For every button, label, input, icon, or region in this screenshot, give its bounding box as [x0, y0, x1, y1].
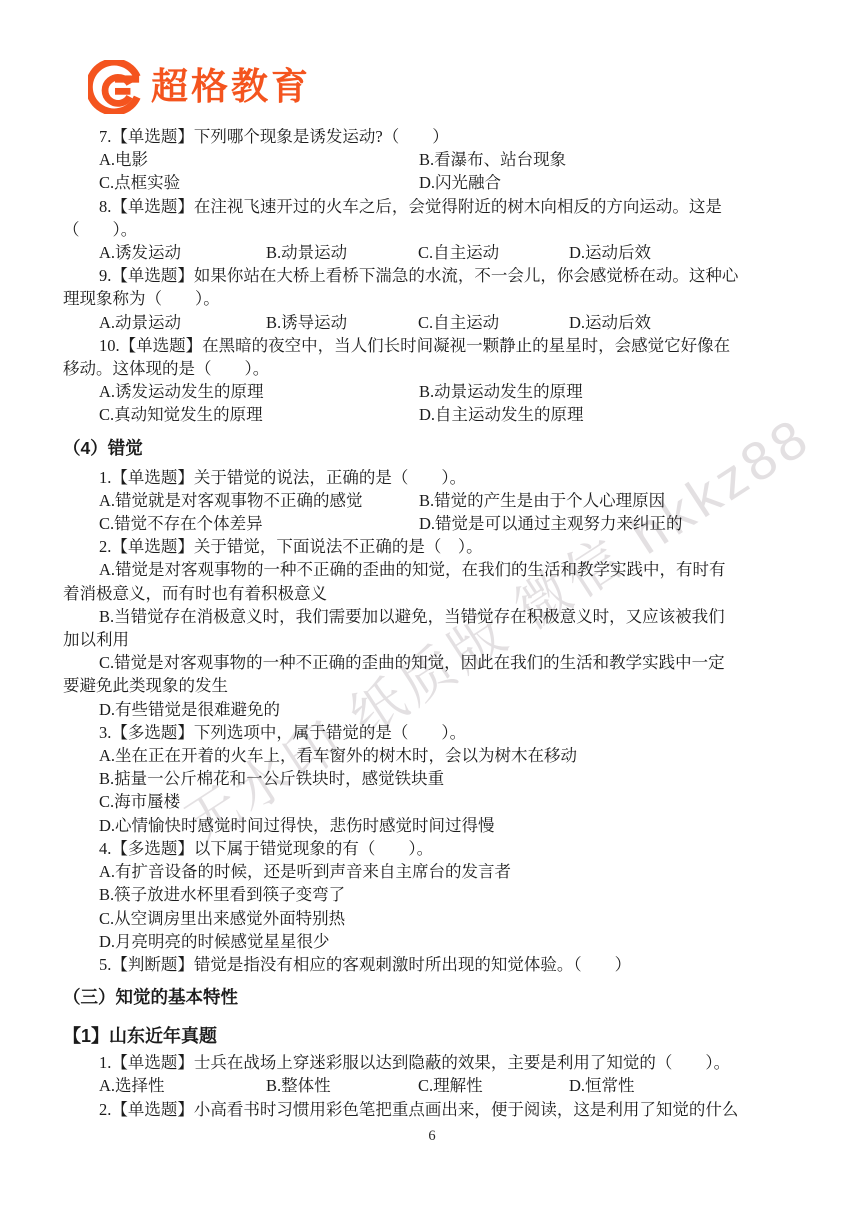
option-line: B.掂量一公斤棉花和一公斤铁块时，感觉铁块重 [63, 767, 803, 790]
option-c: C.理解性 [418, 1074, 569, 1097]
text-line: 加以利用 [63, 628, 803, 651]
option-d: D.运动后效 [569, 311, 651, 334]
option-a: C.错觉不存在个体差异 [99, 512, 419, 535]
options-row: A.诱发运动发生的原理B.动景运动发生的原理 [63, 380, 803, 403]
option-a: A.诱发运动发生的原理 [99, 380, 419, 403]
page-number: 6 [0, 1128, 864, 1145]
text-line: 理现象称为（ ）。 [63, 287, 803, 310]
option-line: D.心情愉快时感觉时间过得快，悲伤时感觉时间过得慢 [63, 814, 803, 837]
text-line: （ ）。 [63, 218, 803, 241]
option-a: A.动景运动 [99, 311, 266, 334]
options-row: A.选择性B.整体性C.理解性D.恒常性 [63, 1074, 803, 1097]
text-line: 着消极意义，而有时也有着积极意义 [63, 582, 803, 605]
option-a: A.电影 [99, 148, 419, 171]
option-line: B.当错觉存在消极意义时，我们需要加以避免，当错觉存在积极意义时，又应该被我们 [63, 605, 803, 628]
options-row: C.错觉不存在个体差异D.错觉是可以通过主观努力来纠正的 [63, 512, 803, 535]
option-line: A.有扩音设备的时候，还是听到声音来自主席台的发言者 [63, 860, 803, 883]
text-line: 要避免此类现象的发生 [63, 674, 803, 697]
option-b: D.闪光融合 [419, 171, 501, 194]
option-b: D.错觉是可以通过主观努力来纠正的 [419, 512, 683, 535]
option-line: C.从空调房里出来感觉外面特别热 [63, 907, 803, 930]
option-c: C.自主运动 [418, 311, 569, 334]
option-d: D.运动后效 [569, 241, 651, 264]
question-line: 10.【单选题】在黑暗的夜空中，当人们长时间凝视一颗静止的星星时，会感觉它好像在 [63, 334, 803, 357]
option-a: A.选择性 [99, 1074, 266, 1097]
option-b: B.诱导运动 [266, 311, 418, 334]
brand-name: 超格教育 [151, 60, 311, 114]
question-line: 3.【多选题】下列选项中，属于错觉的是（ ）。 [63, 721, 803, 744]
option-line: C.错觉是对客观事物的一种不正确的歪曲的知觉，因此在我们的生活和教学实践中一定 [63, 651, 803, 674]
options-row: A.动景运动B.诱导运动C.自主运动D.运动后效 [63, 311, 803, 334]
options-row: C.点框实验D.闪光融合 [63, 171, 803, 194]
question-line: 1.【单选题】关于错觉的说法，正确的是（ ）。 [63, 466, 803, 489]
option-a: A.诱发运动 [99, 241, 266, 264]
option-line: A.错觉是对客观事物的一种不正确的歪曲的知觉，在我们的生活和教学实践中，有时有 [63, 558, 803, 581]
brand-logo: 超格教育 [88, 60, 311, 114]
question-line: 1.【单选题】士兵在战场上穿迷彩服以达到隐蔽的效果，主要是利用了知觉的（ ）。 [63, 1051, 803, 1074]
option-line: C.海市蜃楼 [63, 790, 803, 813]
option-b: B.整体性 [266, 1074, 418, 1097]
section-heading: （三）知觉的基本特性 [63, 984, 803, 1010]
text-line: 移动。这体现的是（ ）。 [63, 357, 803, 380]
option-a: C.点框实验 [99, 171, 419, 194]
option-line: D.月亮明亮的时候感觉星星很少 [63, 930, 803, 953]
option-b: B.错觉的产生是由于个人心理原因 [419, 489, 665, 512]
option-line: A.坐在正在开着的火车上，看车窗外的树木时，会以为树木在移动 [63, 744, 803, 767]
options-row: A.电影B.看瀑布、站台现象 [63, 148, 803, 171]
document-body: 7.【单选题】下列哪个现象是诱发运动?（ ）A.电影B.看瀑布、站台现象C.点框… [63, 125, 803, 1121]
option-b: D.自主运动发生的原理 [419, 403, 584, 426]
chaoge-g-logo-icon [88, 60, 142, 114]
option-b: B.看瀑布、站台现象 [419, 148, 566, 171]
option-b: B.动景运动发生的原理 [419, 380, 583, 403]
option-c: C.自主运动 [418, 241, 569, 264]
question-line: 2.【单选题】关于错觉，下面说法不正确的是（ ）。 [63, 535, 803, 558]
question-line: 4.【多选题】以下属于错觉现象的有（ ）。 [63, 837, 803, 860]
options-row: A.错觉就是对客观事物不正确的感觉B.错觉的产生是由于个人心理原因 [63, 489, 803, 512]
option-d: D.恒常性 [569, 1074, 635, 1097]
options-row: A.诱发运动B.动景运动C.自主运动D.运动后效 [63, 241, 803, 264]
document-page: 超格教育 无水印 纸质版 微信 hkkz88 7.【单选题】下列哪个现象是诱发运… [0, 0, 864, 1221]
option-a: C.真动知觉发生的原理 [99, 403, 419, 426]
question-line: 7.【单选题】下列哪个现象是诱发运动?（ ） [63, 125, 803, 148]
option-line: B.筷子放进水杯里看到筷子变弯了 [63, 883, 803, 906]
section-heading: （4）错觉 [63, 435, 803, 461]
option-line: D.有些错觉是很难避免的 [63, 698, 803, 721]
question-line: 8.【单选题】在注视飞速开过的火车之后，会觉得附近的树木向相反的方向运动。这是 [63, 195, 803, 218]
question-line: 5.【判断题】错觉是指没有相应的客观刺激时所出现的知觉体验。（ ） [63, 953, 803, 976]
question-line: 2.【单选题】小高看书时习惯用彩色笔把重点画出来，便于阅读，这是利用了知觉的什么 [63, 1098, 803, 1121]
option-a: A.错觉就是对客观事物不正确的感觉 [99, 489, 419, 512]
question-line: 9.【单选题】如果你站在大桥上看桥下湍急的水流，不一会儿，你会感觉桥在动。这种心 [63, 264, 803, 287]
sub-heading: 【1】山东近年真题 [63, 1023, 803, 1049]
option-b: B.动景运动 [266, 241, 418, 264]
options-row: C.真动知觉发生的原理D.自主运动发生的原理 [63, 403, 803, 426]
